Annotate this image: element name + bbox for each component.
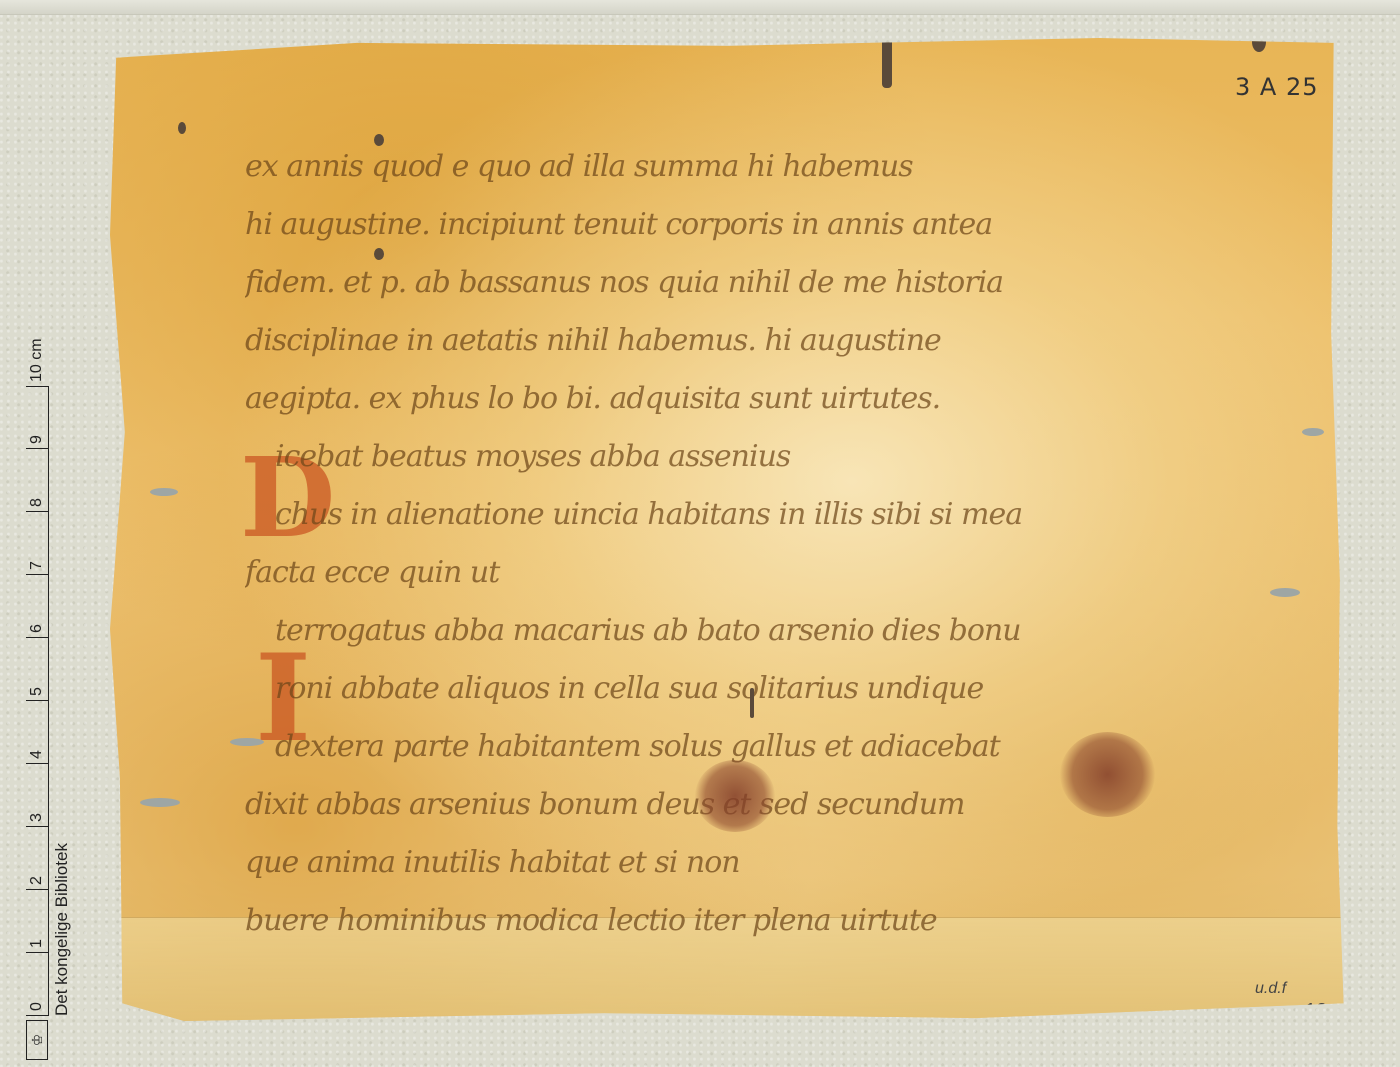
parchment-leaf: 3 A 25 D I ex annis quod e quo ad illa s… xyxy=(110,38,1346,1023)
wormhole xyxy=(374,134,384,146)
manuscript-line: hi augustine. incipiunt tenuit corporis … xyxy=(245,196,1286,254)
manuscript-line: icebat beatus moyses abba assenius xyxy=(245,428,1286,486)
wormhole xyxy=(1302,428,1324,436)
margin-note: u.d.f xyxy=(1255,980,1286,998)
manuscript-line: roni abbate aliquos in cella sua solitar… xyxy=(245,660,1286,718)
wormhole xyxy=(150,488,178,496)
wormhole xyxy=(374,248,384,260)
ink-stain xyxy=(1060,732,1155,817)
ruler-tick: 6 xyxy=(26,575,48,638)
wormhole xyxy=(1270,588,1300,597)
manuscript-line: facta ecce quin ut xyxy=(245,544,1286,602)
manuscript-line: disciplinae in aetatis nihil habemus. hi… xyxy=(245,312,1286,370)
wormhole xyxy=(230,738,264,746)
wormhole xyxy=(750,688,754,718)
ruler-tick: 0 xyxy=(26,953,48,1016)
ruler-tick: 4 xyxy=(26,701,48,764)
scale-bar: ♔ 0 1 2 3 4 5 6 7 8 9 10 cm Det kongelig… xyxy=(22,320,82,1060)
ruler-tick: 3 xyxy=(26,764,48,827)
wormhole xyxy=(178,122,186,134)
wormhole xyxy=(140,798,180,807)
institution-label: Det kongelige Bibliotek xyxy=(52,843,72,1016)
ink-stain xyxy=(695,760,775,832)
manuscript-line: aegipta. ex phus lo bo bi. adquisita sun… xyxy=(245,370,1286,428)
ruler-tick: 2 xyxy=(26,827,48,890)
ruler-tick: 5 xyxy=(26,638,48,701)
manuscript-line: que anima inutilis habitat et si non xyxy=(245,834,1286,892)
wormhole xyxy=(882,38,892,88)
ruler-tick: 8 xyxy=(26,449,48,512)
ruler-tick: 1 xyxy=(26,890,48,953)
ruler-tick: 9 xyxy=(26,386,48,449)
manuscript-line: fidem. et p. ab bassanus nos quia nihil … xyxy=(245,254,1286,312)
wormhole xyxy=(1252,32,1266,52)
crown-logo-icon: ♔ xyxy=(26,1020,48,1060)
manuscript-line: buere hominibus modica lectio iter plena… xyxy=(245,892,1286,950)
shelfmark-annotation: 3 A 25 xyxy=(1235,73,1318,101)
mount-top-edge xyxy=(0,0,1400,15)
manuscript-text: ex annis quod e quo ad illa summa hi hab… xyxy=(245,138,1286,950)
manuscript-line: chus in alienatione uincia habitans in i… xyxy=(245,486,1286,544)
manuscript-line: ex annis quod e quo ad illa summa hi hab… xyxy=(245,138,1286,196)
ruler-tick: 7 xyxy=(26,512,48,575)
folio-number: 12 xyxy=(1305,1000,1327,1023)
ruler: 0 1 2 3 4 5 6 7 8 9 xyxy=(26,386,49,1016)
manuscript-line: terrogatus abba macarius ab bato arsenio… xyxy=(245,602,1286,660)
ruler-unit-label: 10 cm xyxy=(26,338,48,382)
